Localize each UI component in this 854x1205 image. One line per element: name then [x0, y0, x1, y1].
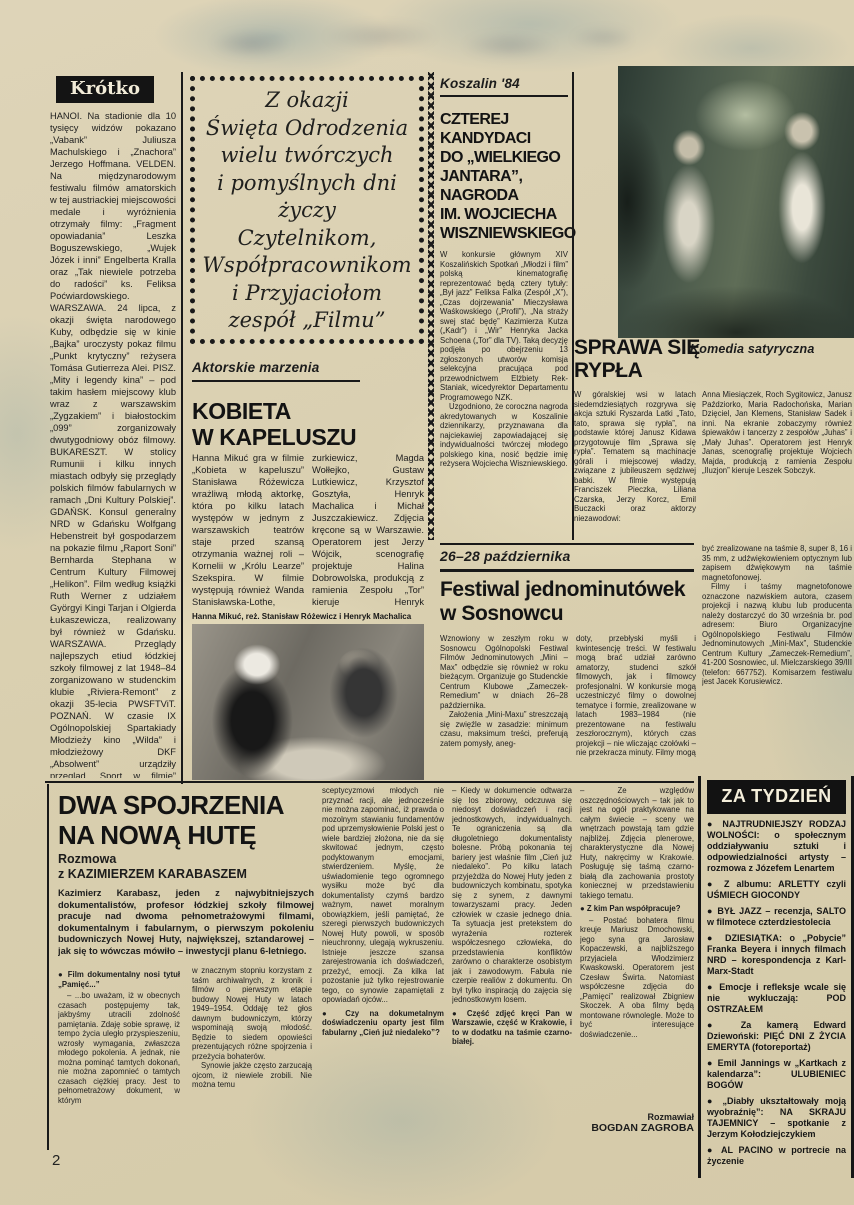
greeting-line: życzy: [197, 197, 417, 225]
title-line: IM. WOJCIECHA: [440, 205, 576, 224]
festiwal-column-1: Wznowiony w zeszłym roku w Sosnowcu Ogól…: [440, 634, 568, 778]
title-line: DWA SPOJRZENIA: [58, 790, 284, 820]
subtitle-line: z KAZIMIERZEM KARABASZEM: [58, 867, 247, 882]
title-line: WISZNIEWSKIEGO: [440, 224, 576, 243]
interview-answer: – Kiedy w dokumencie odtwarza się los zb…: [452, 786, 572, 1005]
koszalin-article-text: W konkursie głównym XIV Koszalińskich Sp…: [440, 250, 568, 538]
za-tydzien-item: ● NAJTRUDNIEJSZY RODZAJ WOLNOŚCI: o społ…: [707, 819, 846, 874]
newspaper-page: Krótko HANOI. Na stadionie dla 10 tysięc…: [0, 0, 854, 1205]
subtitle-line: Rozmowa: [58, 852, 247, 867]
kicker-underline: [192, 380, 360, 382]
title-line: NAGRODA: [440, 186, 576, 205]
article-title-koszalin: CZTEREJ KANDYDACI DO „WIELKIEGO JANTARA”…: [440, 110, 576, 243]
section-rule: [45, 781, 694, 783]
za-tydzien-item: ● DZIESIĄTKA: o „Pobycie” Franka Beyera …: [707, 933, 846, 977]
kicker-date: 26–28 października: [440, 548, 570, 564]
film-still-photo: [192, 624, 424, 780]
za-tydzien-item: ● Emil Jannings w „Kartkach z kalendarza…: [707, 1058, 846, 1091]
decorative-braid-divider: [428, 72, 434, 540]
paragraph: Uzgodniono, że coroczna nagroda akredyto…: [440, 402, 568, 469]
interview-answer: w znacznym stopniu korzystam z taśm arch…: [192, 966, 312, 1061]
za-tydzien-item: ● Z albumu: ARLETTY czyli UŚMIECH GIOCON…: [707, 879, 846, 901]
greeting-line: i pomyślnych dni: [197, 170, 417, 198]
title-line: W KAPELUSZU: [192, 424, 356, 450]
byline-label: Rozmawiał: [580, 1112, 694, 1122]
interview-lead: Kazimierz Karabasz, jeden z najwybitniej…: [58, 888, 314, 960]
festiwal-column-3: być zrealizowane na taśmie 8, super 8, 1…: [702, 544, 852, 770]
za-tydzien-item: ● Za kamerą Edward Dziewoński: PIĘĆ DNI …: [707, 1020, 846, 1053]
photo-caption-komedia: Komedia satyryczna: [690, 342, 815, 356]
kicker-koszalin-84: Koszalin '84: [440, 76, 520, 91]
greeting-line: zespół „Filmu”: [197, 307, 417, 335]
section-rule: [440, 569, 694, 572]
za-tydzien-header: ZA TYDZIEŃ: [707, 780, 846, 814]
paragraph: być zrealizowane na taśmie 8, super 8, 1…: [702, 544, 852, 582]
interview-question: ● Z kim Pan współpracuje?: [580, 904, 694, 914]
sprawa-column-1: W góralskiej wsi w latach siedemdziesiąt…: [574, 390, 696, 534]
article-title-sprawa: SPRAWA SIĘ RYPŁA: [574, 336, 700, 382]
interview-column-5: – Ze względów oszczędnościowych – tak ja…: [580, 786, 694, 1116]
interview-byline: Rozmawiał BOGDAN ZAGROBA: [580, 1112, 694, 1134]
title-line: Festiwal jednominutówek: [440, 578, 685, 602]
title-line: NA NOWĄ HUTĘ: [58, 820, 284, 850]
title-line: JANTARA”,: [440, 167, 576, 186]
greeting-line: wielu twórczych: [197, 142, 417, 170]
paragraph: W konkursie głównym XIV Koszalińskich Sp…: [440, 250, 568, 402]
title-line: RYPŁA: [574, 359, 700, 382]
film-still-caption: Hanna Mikuć, reż. Stanisław Różewicz i H…: [192, 612, 424, 622]
article-title-festiwal: Festiwal jednominutówek w Sosnowcu: [440, 578, 685, 626]
za-tydzien-item: ● „Diabły ukształtowały moją wyobraźnię”…: [707, 1096, 846, 1140]
interview-answer: – ...bo uważam, iż w obecnych czasach po…: [58, 991, 180, 1105]
interview-question: ● Czy na dokumetalnym doświadczeniu opar…: [322, 1009, 444, 1038]
interview-subtitle: Rozmowa z KAZIMIERZEM KARABASZEM: [58, 852, 247, 882]
interview-answer: sceptycyzmowi młodych nie przyznać racji…: [322, 786, 444, 1005]
festiwal-column-2: doty, przebłyski myśli i kwintesencję tr…: [576, 634, 696, 778]
paragraph: Założenia „Mini-Maxu” streszczają się zw…: [440, 710, 568, 748]
page-number: 2: [52, 1152, 60, 1169]
title-line: SPRAWA SIĘ: [574, 336, 700, 359]
title-line: KOBIETA: [192, 398, 356, 424]
title-line: KANDYDACI: [440, 129, 576, 148]
interview-column-2: w znacznym stopniu korzystam z taśm arch…: [192, 966, 312, 1150]
byline-name: BOGDAN ZAGROBA: [580, 1122, 694, 1134]
za-tydzien-item: ● Emocje i refleksje wcale się nie wyklu…: [707, 982, 846, 1015]
kicker-underline: [440, 95, 568, 97]
kobieta-column-1: Hanna Mikuć gra w filmie „Kobieta w kape…: [192, 452, 304, 610]
interview-column-3: sceptycyzmowi młodych nie przyznać racji…: [322, 786, 444, 1158]
article-title-kobieta: KOBIETA W KAPELUSZU: [192, 398, 356, 450]
sprawa-column-2: Anna Miesiączek, Roch Sygitowicz, Janusz…: [702, 390, 852, 538]
kicker-aktorskie-marzenia: Aktorskie marzenia: [192, 360, 319, 375]
title-line: CZTEREJ: [440, 110, 576, 129]
za-tydzien-item: ● BYŁ JAZZ – recenzja, SALTO w filmotece…: [707, 906, 846, 928]
krotko-section-header: Krótko: [56, 76, 154, 103]
krotko-news-text: HANOI. Na stadionie dla 10 tysięcy widzó…: [50, 110, 176, 778]
column-divider: [181, 72, 183, 784]
greeting-line: Święta Odrodzenia: [197, 115, 417, 143]
interview-question: ● Film dokumentalny nosi tytuł „Pamięć..…: [58, 970, 180, 989]
article-title-dwa-spojrzenia: DWA SPOJRZENIA NA NOWĄ HUTĘ: [58, 790, 284, 850]
title-line: w Sosnowcu: [440, 602, 685, 626]
title-line: DO „WIELKIEGO: [440, 148, 576, 167]
greeting-line: i Przyjaciołom: [197, 280, 417, 308]
interview-answer: – Ze względów oszczędnościowych – tak ja…: [580, 786, 694, 900]
left-edge-rule: [47, 784, 49, 1150]
kobieta-column-2: zurkiewicz, Magda Wołłejko, Gustaw Lutki…: [312, 452, 424, 610]
interview-column-1: ● Film dokumentalny nosi tytuł „Pamięć..…: [58, 966, 180, 1150]
interview-answer: – Postać bohatera filmu kreuje Mariusz D…: [580, 916, 694, 1040]
paragraph: Wznowiony w zeszłym roku w Sosnowcu Ogól…: [440, 634, 568, 710]
paragraph: Filmy i taśmy magnetofonowe oznaczone na…: [702, 582, 852, 687]
za-tydzien-box: ZA TYDZIEŃ ● NAJTRUDNIEJSZY RODZAJ WOLNO…: [698, 776, 854, 1178]
greeting-line: Współpracownikom: [197, 252, 417, 280]
print-smudge: [200, 12, 630, 70]
greeting-line: Czytelnikom,: [197, 225, 417, 253]
section-rule: [440, 543, 694, 545]
interview-answer: Synowie jakże często zarzucają ojcom, iż…: [192, 1061, 312, 1090]
holiday-greeting-box: Z okazji Święta Odrodzenia wielu twórczy…: [190, 76, 424, 344]
comedy-scene-photo: [618, 66, 854, 338]
greeting-line: Z okazji: [197, 87, 417, 115]
interview-column-4: – Kiedy w dokumencie odtwarza się los zb…: [452, 786, 572, 1158]
interview-question: ● Część zdjęć kręci Pan w Warszawie, czę…: [452, 1009, 572, 1047]
za-tydzien-item: ● AL PACINO w portrecie na życzenie: [707, 1145, 846, 1167]
